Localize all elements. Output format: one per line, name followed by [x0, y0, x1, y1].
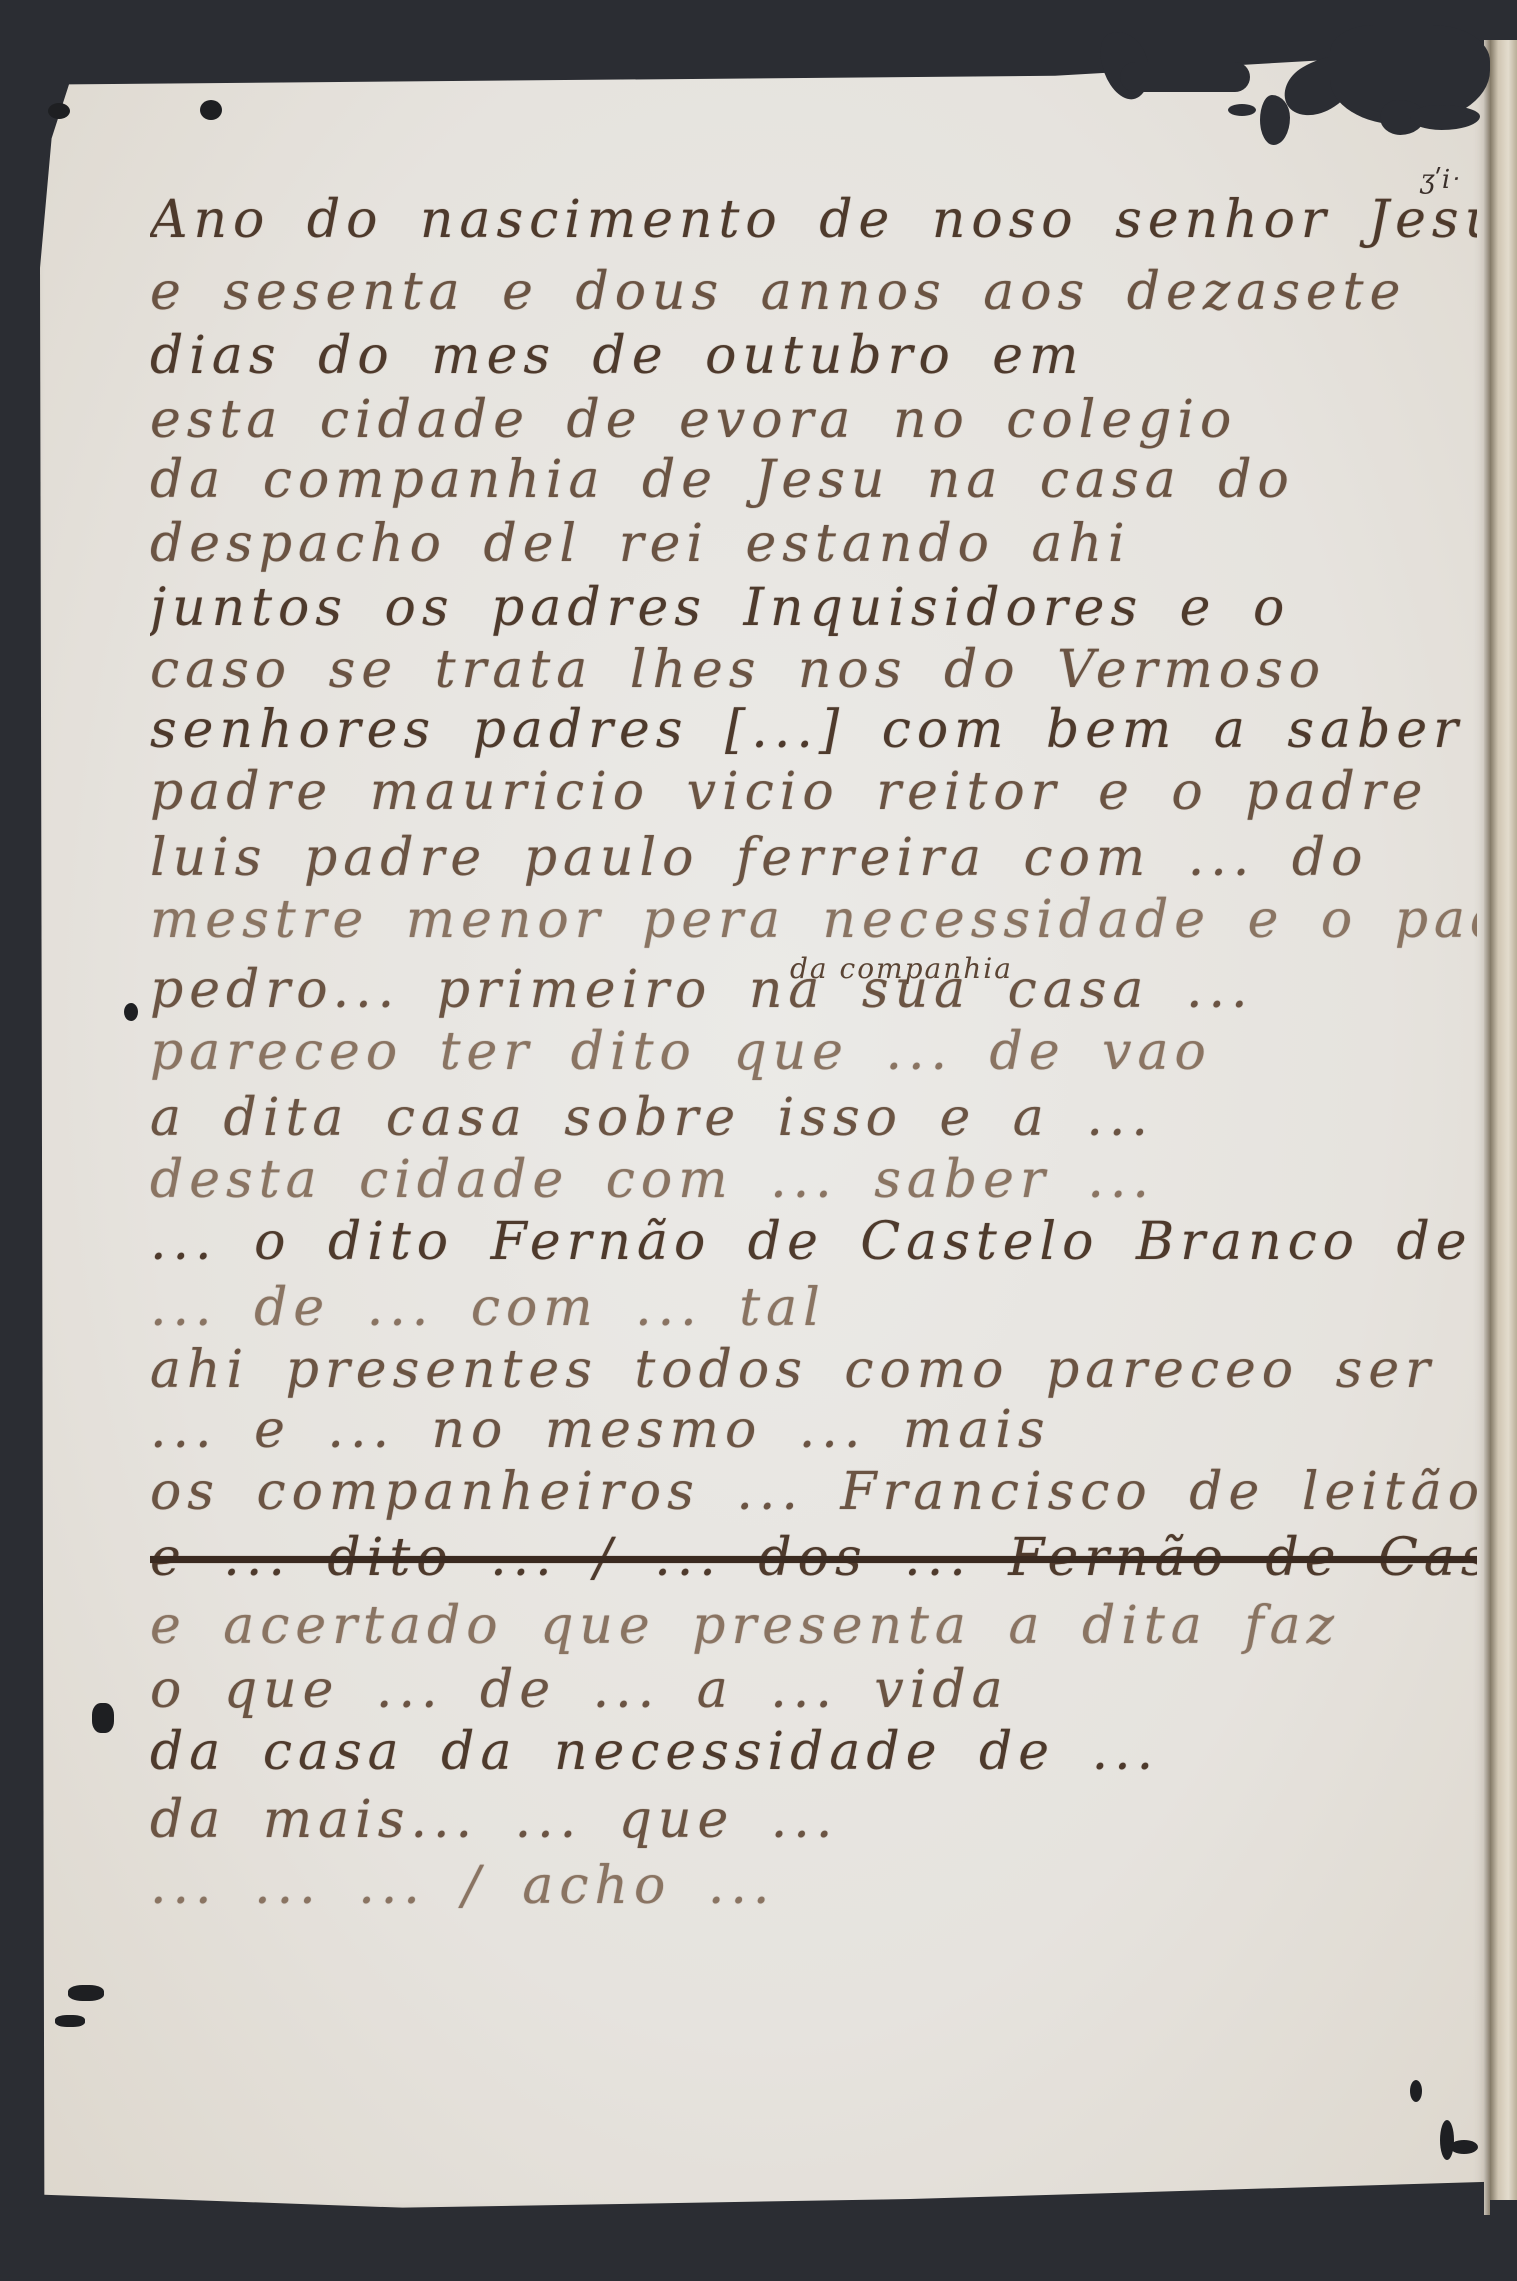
manuscript-line: caso se trata lhes nos do Vermoso	[150, 640, 1477, 700]
manuscript-line: ... de ... com ... tal	[150, 1278, 1477, 1338]
ink-blots-bottom-right	[1440, 2120, 1454, 2160]
manuscript-line: esta cidade de evora no colegio	[150, 390, 1477, 450]
ink-blot-bottom-left-2	[55, 2015, 85, 2027]
manuscript-line: da mais... ... que ...	[150, 1790, 1477, 1850]
manuscript-line-struck: e ... dito ... / ... dos ... Fernão de C…	[150, 1528, 1477, 1588]
ink-blot-bottom-left	[68, 1985, 104, 2001]
manuscript-line: pareceo ter dito que ... de vao	[150, 1022, 1477, 1082]
manuscript-line: senhores padres [...] com bem a saber o	[150, 700, 1477, 760]
manuscript-line: pedro... primeiro na sua casa ...	[150, 960, 1477, 1020]
page-fore-edge	[1484, 40, 1490, 2215]
ink-blots-bottom-right	[1450, 2140, 1478, 2154]
manuscript-line: da casa da necessidade de ...	[150, 1722, 1477, 1782]
manuscript-line: os companheiros ... Francisco de leitão	[150, 1462, 1477, 1522]
manuscript-line: a dita casa sobre isso e a ...	[150, 1088, 1477, 1148]
adjacent-page-edge	[1488, 40, 1517, 2200]
manuscript-line: juntos os padres Inquisidores e o	[150, 578, 1477, 638]
manuscript-line: luis padre paulo ferreira com ... do	[150, 828, 1477, 888]
manuscript-line: ... e ... no mesmo ... mais	[150, 1400, 1477, 1460]
manuscript-line: o que ... de ... a ... vida	[150, 1660, 1477, 1720]
paper-hole	[1120, 62, 1250, 92]
manuscript-line: despacho del rei estando ahi	[150, 514, 1477, 574]
manuscript-line: e sesenta e dous annos aos dezasete	[150, 262, 1477, 322]
ink-dot-edge-left	[48, 103, 70, 119]
manuscript-line: desta cidade com ... saber ...	[150, 1150, 1477, 1210]
ink-dot-mid-left	[124, 1003, 138, 1021]
ink-blots-bottom-right	[1410, 2080, 1422, 2102]
manuscript-line: da companhia de Jesu na casa do	[150, 450, 1477, 510]
manuscript-line: Ano do nascimento de noso senhor Jesu Ch…	[150, 190, 1477, 250]
manuscript-line: ... ... ... / acho ...	[150, 1856, 1477, 1916]
paper-hole	[1228, 104, 1256, 116]
manuscript-line: ahi presentes todos como pareceo ser	[150, 1340, 1477, 1400]
manuscript-line: dias do mes de outubro em	[150, 326, 1477, 386]
manuscript-line: ... o dito Fernão de Castelo Branco de v…	[150, 1212, 1477, 1272]
manuscript-line: e acertado que presenta a dita faz	[150, 1596, 1477, 1656]
manuscript-line: mestre menor pera necessidade e o padre	[150, 890, 1477, 950]
ink-blot-lower-left	[92, 1703, 114, 1733]
ink-dot-top-left	[200, 100, 222, 120]
manuscript-line: padre mauricio vicio reitor e o padre	[150, 762, 1477, 822]
